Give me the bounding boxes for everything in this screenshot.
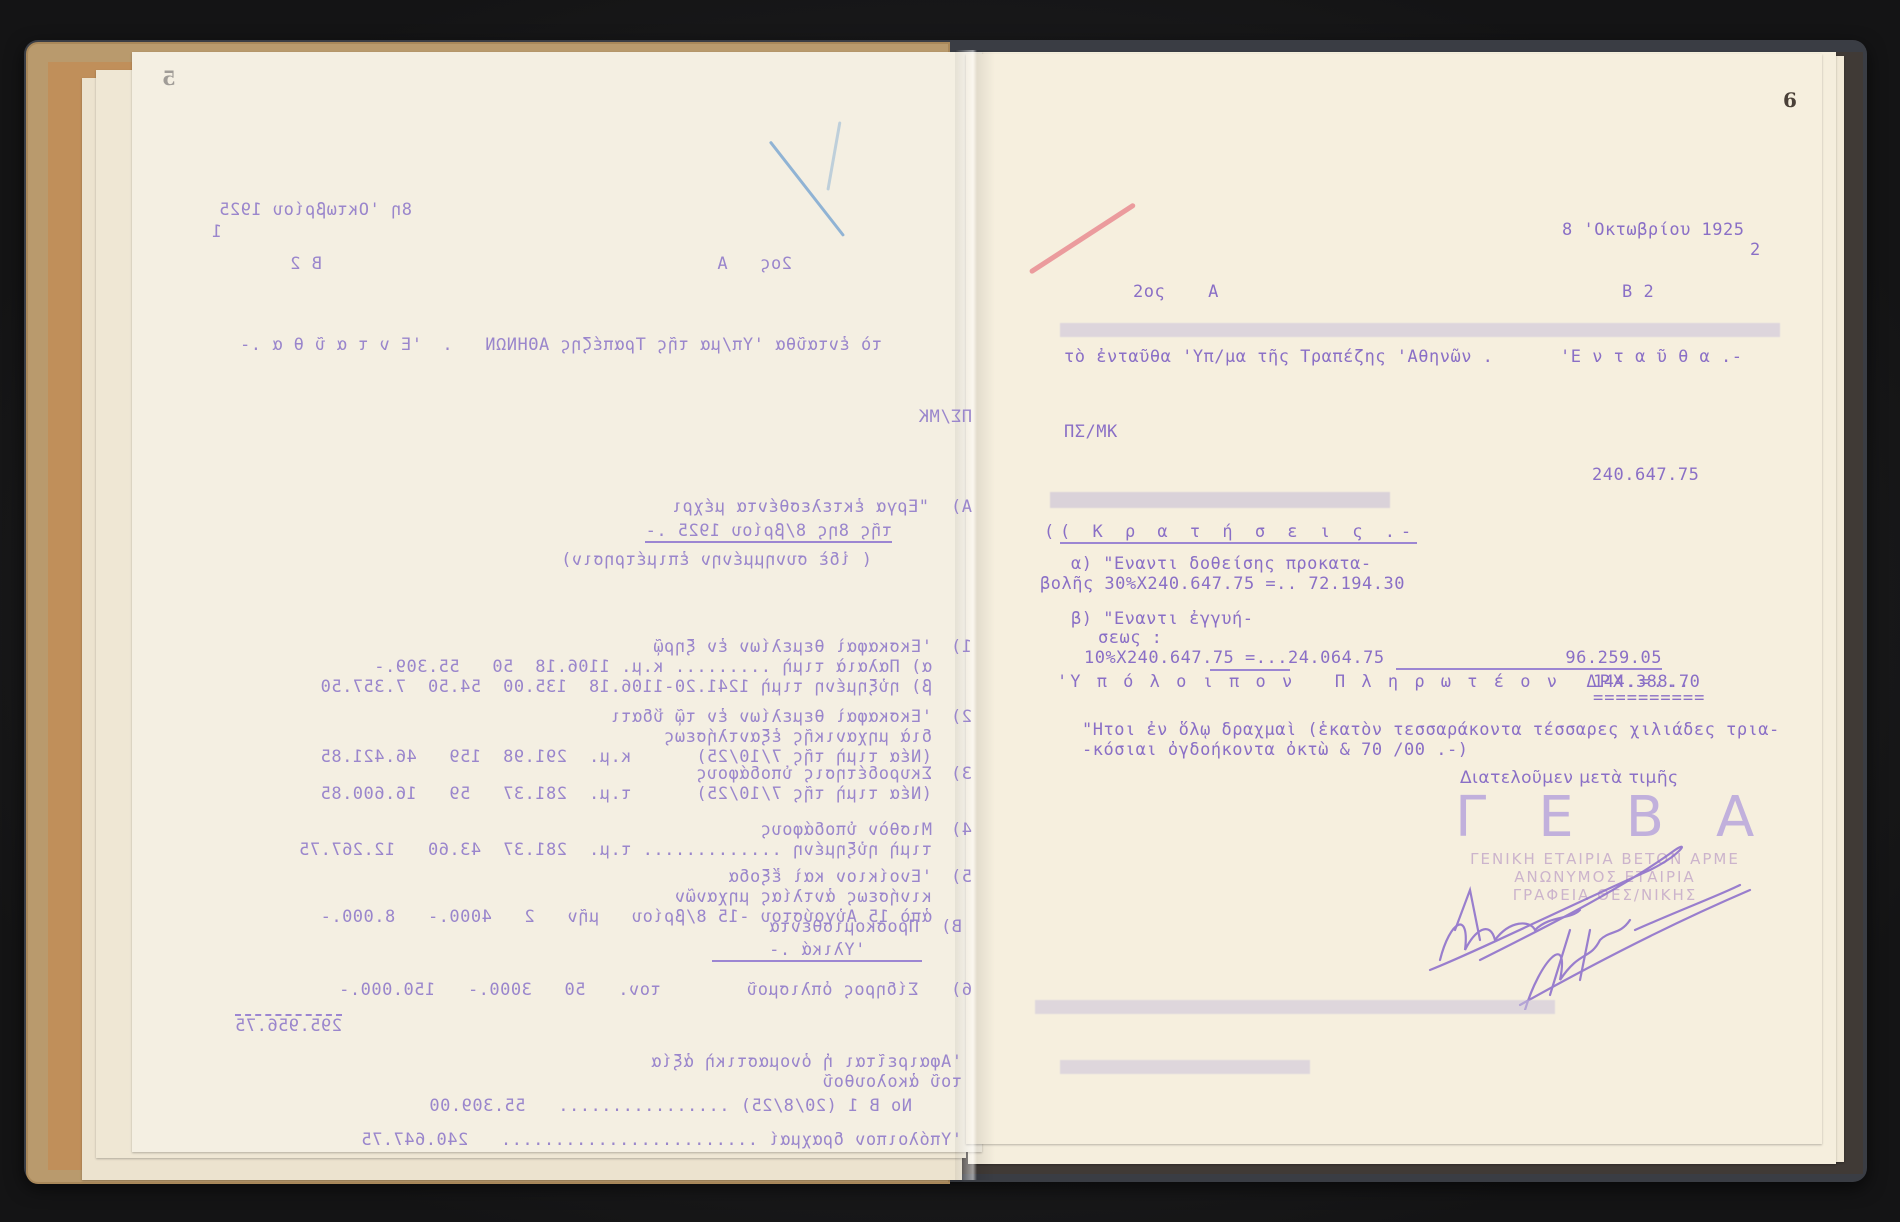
show-through-smudge [1050, 492, 1390, 508]
right-amount-total: 240.647.75 [1592, 465, 1699, 485]
left-item-line: 'Εκσκαφαὶ θεμελίων ἐν ξηρῷ [653, 637, 932, 657]
left-section-b-title: Β) Προσκομισθέντα [769, 917, 962, 937]
left-page-mirrored-content: 8η 'Οκτωβρίου 1925 1 2ος Α Β 2 τὸ ἐνταῦθ… [132, 52, 982, 1152]
deductions-total: 96.259.05 [1396, 648, 1662, 670]
right-date: 8 'Οκτωβρίου 1925 [1562, 220, 1745, 240]
left-item-number: 1) [951, 637, 972, 657]
left-item-number: 5) [951, 867, 972, 887]
show-through-smudge [1035, 1000, 1555, 1014]
left-item-line: α) Παλαιὰ τιμὴ ......... κ.μ. 1106.18 50… [374, 657, 932, 677]
left-section-a-title2: τῆς 8ης 8/βρίου 1925 .- [645, 521, 892, 543]
right-city: 'Ε ν τ α ῦ θ α .- [1560, 347, 1743, 367]
left-item-line: κινήσεως ἀντλίας μηχανῶν [674, 887, 932, 907]
show-through-smudge [1060, 323, 1780, 337]
left-item-line: Μισθὸν ὑποδάφους [760, 820, 932, 840]
left-subtotal: 295.956.75 [235, 1014, 342, 1036]
left-item-line: β) ηὐξημένη τιμὴ 1241.20-1106.18 135.00 … [320, 677, 932, 697]
left-item-line: 'Ενοίκιον καὶ ἔξοδα [728, 867, 932, 887]
show-through-smudge [1060, 1060, 1310, 1074]
deductions-title-paren: ( [1044, 522, 1055, 542]
left-deduct-note2: τοῦ ἀκολουθοῦ [822, 1072, 962, 1092]
left-item-number: 3) [951, 764, 972, 784]
left-ref-left: 2ος Α [717, 254, 792, 274]
deductions-title: ( Κ ρ α τ ή σ ε ι ς .- [1060, 522, 1417, 544]
left-addressee: τὸ ἐνταῦθα 'Υπ/μα τῆς Τραπέζης ΑΘΗΝΩΝ . [442, 335, 882, 355]
right-initials: ΠΣ/ΜΚ [1064, 422, 1118, 442]
deduction-a-line2: βολῆς 30%Χ240.647.75 =.. 72.194.30 [1040, 574, 1405, 594]
handwritten-signature [1420, 810, 1760, 1010]
deduction-b-line3: 10%Χ240.647.75 =...24.064.75 [1084, 648, 1385, 668]
left-section-b-sub: 'Υλικά .- [712, 940, 922, 962]
deduction-a-line1: α) "Εναντι δοθείσης προκατα- [1071, 554, 1372, 574]
left-item-line: διὰ μηχανικῆς ἐξαντλήσεως [664, 727, 932, 747]
left-ref-right: Β 2 [290, 254, 322, 274]
left-initials: ΠΣ/ΜΚ [918, 407, 972, 427]
left-section-a-title: Α) "Εργα ἐκτελεσθέντα μέχρι [671, 497, 972, 517]
deduction-b-line1: β) "Εναντι ἐγγυή- [1071, 609, 1254, 629]
right-page-number: 6 [1783, 88, 1797, 112]
left-item-line: Σκυροδέτησις ὑποδάφους [696, 764, 932, 784]
left-section-a-note: ( ἰδὲ συνημμένην ἐπιμέτρησιν) [561, 550, 872, 570]
left-deduct-line: Νο Β 1 (20/8/25) ................ 55.309… [429, 1096, 912, 1116]
left-item-line: (Νέα τιμὴ τῆς 7/10/25) τ.μ. 281.37 59 16… [320, 784, 932, 804]
deduction-b-line2: σεως : [1098, 628, 1162, 648]
left-item-number: 2) [951, 707, 972, 727]
in-words-line1: "Ητοι ἐν ὅλῳ δραχμαὶ (ἑκατὸν τεσσαράκοντ… [1082, 720, 1780, 740]
left-city: 'Ε ν τ α ῦ θ α .- [240, 335, 423, 355]
left-item-line: 'Εκσκαφαὶ θεμελίων ἐν τῷ ὕδατι [610, 707, 932, 727]
left-deduct-note1: 'Αφαιρεῖται ἡ ὀνομαστικὴ ἀξία [651, 1052, 962, 1072]
left-item-line: τιμὴ ηὐξημένη ............. τ.μ. 281.37 … [299, 840, 932, 860]
left-item-6: 6) Σίδηρος ὁπλισμοῦ τον. 50 3000.- 150.0… [339, 980, 972, 1000]
left-sheet-number: 1 [211, 222, 222, 242]
right-addressee: τὸ ἐνταῦθα 'Υπ/μα τῆς Τραπέζης 'Αθηνῶν . [1064, 347, 1493, 367]
right-ref-left: 2ος Α [1133, 282, 1219, 302]
left-date: 8η 'Οκτωβρίου 1925 [219, 200, 412, 220]
right-ref-right: Β 2 [1622, 282, 1654, 302]
left-remaining-line: 'Υπόλοιπον δραχμαί .....................… [361, 1130, 962, 1150]
right-sheet-number: 2 [1750, 240, 1761, 260]
left-item-number: 4) [951, 820, 972, 840]
deduction-b-underline [1210, 669, 1290, 671]
balance-double-rule: ========== [1593, 688, 1705, 708]
in-words-line2: -κόσιαι ὀγδοήκοντα ὀκτὼ & 70 /00 .-) [1082, 740, 1468, 760]
